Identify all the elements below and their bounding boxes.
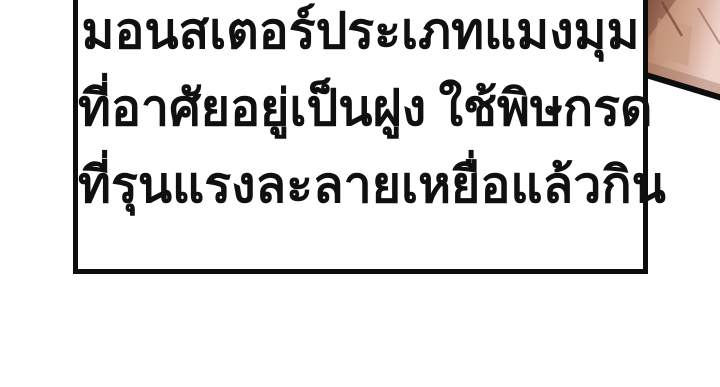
- caption-line-3: ที่รุนแรงละลายเหยื่อแล้วกิน: [78, 147, 643, 224]
- caption-line-1: มอนสเตอร์ประเภทแมงมุม: [78, 0, 643, 70]
- caption-line-2: ที่อาศัยอยู่เป็นฝูง ใช้พิษกรด: [78, 70, 643, 147]
- comic-page: มอนสเตอร์ประเภทแมงมุม ที่อาศัยอยู่เป็นฝู…: [0, 0, 720, 387]
- comic-panel-fragment-art: [648, 0, 720, 108]
- caption-box: มอนสเตอร์ประเภทแมงมุม ที่อาศัยอยู่เป็นฝู…: [73, 0, 648, 274]
- caption-text: มอนสเตอร์ประเภทแมงมุม ที่อาศัยอยู่เป็นฝู…: [78, 0, 643, 224]
